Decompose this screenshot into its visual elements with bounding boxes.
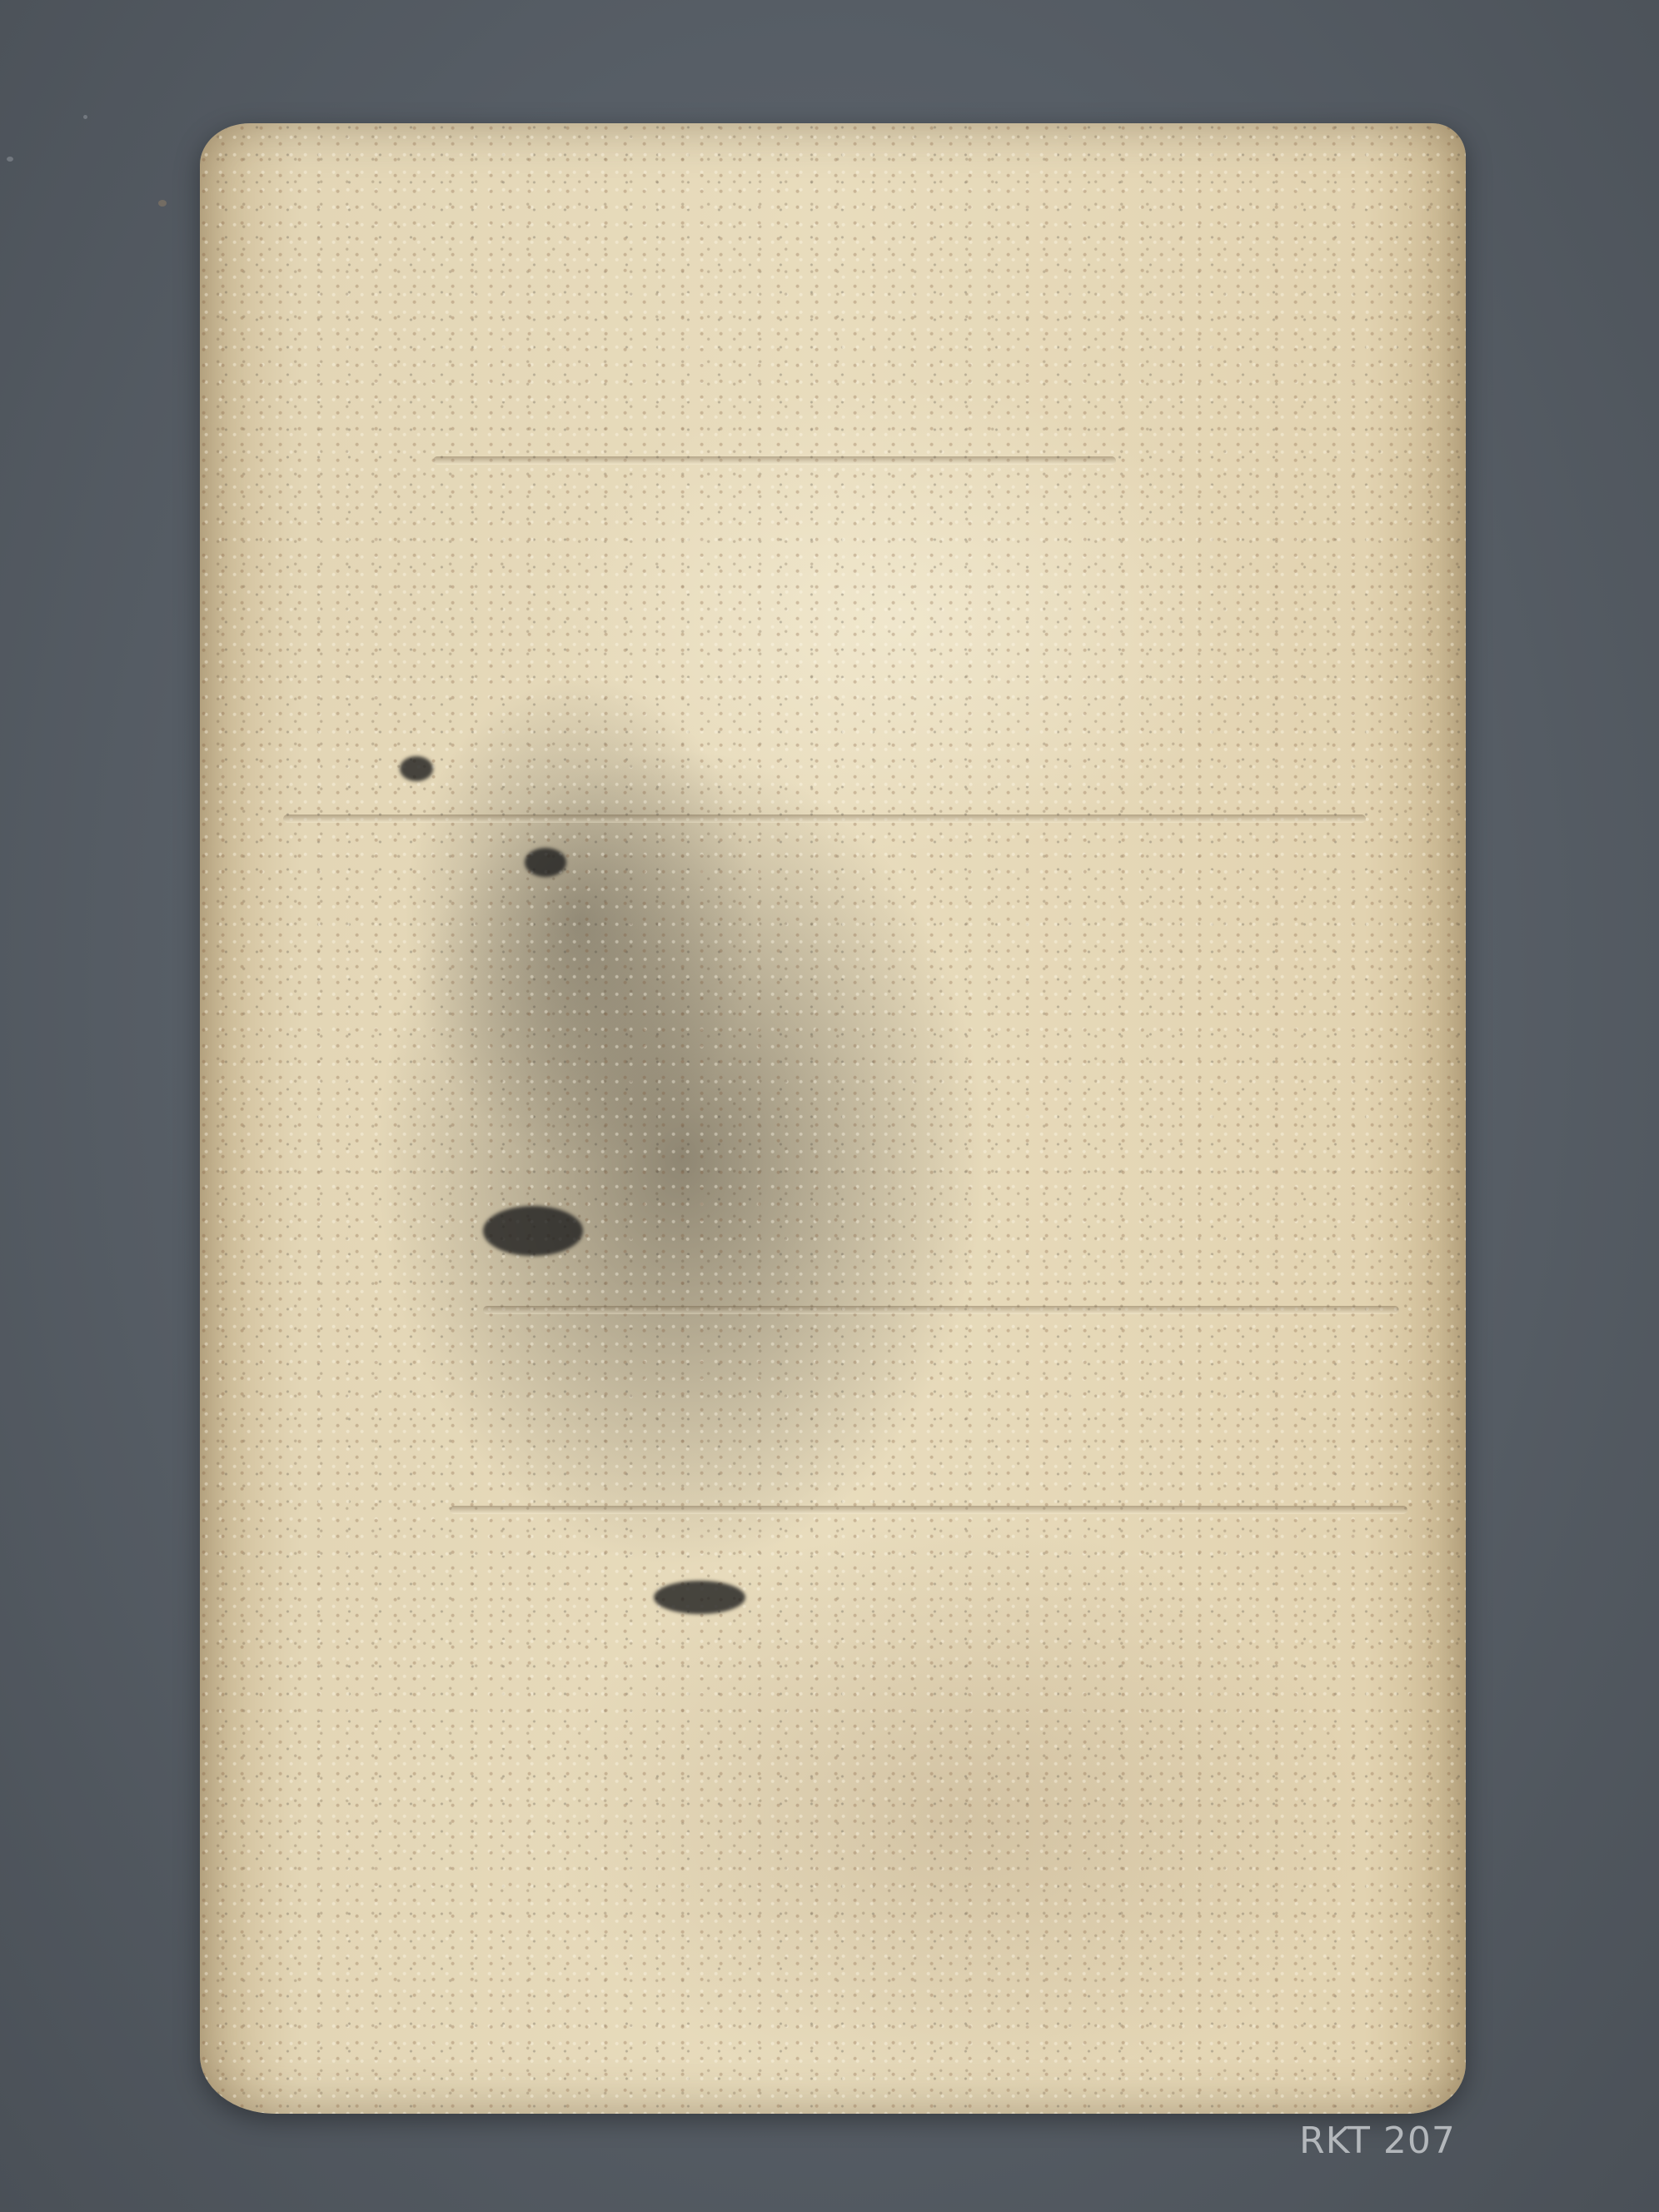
dust-speck <box>83 115 87 119</box>
catalog-label: RKT 207 <box>1299 2120 1456 2162</box>
tablet-groove <box>433 456 1116 465</box>
tablet-groove <box>283 815 1366 823</box>
tablet-groove <box>483 1306 1399 1314</box>
tablet-texture <box>200 123 1466 2114</box>
dark-stain <box>525 848 566 877</box>
clay-tablet <box>200 123 1466 2114</box>
dark-stain <box>483 1206 583 1256</box>
tablet-groove <box>450 1506 1407 1514</box>
dark-stain <box>654 1581 745 1614</box>
dark-stain <box>400 756 433 781</box>
dust-speck <box>7 157 13 162</box>
dust-speck <box>158 200 167 207</box>
